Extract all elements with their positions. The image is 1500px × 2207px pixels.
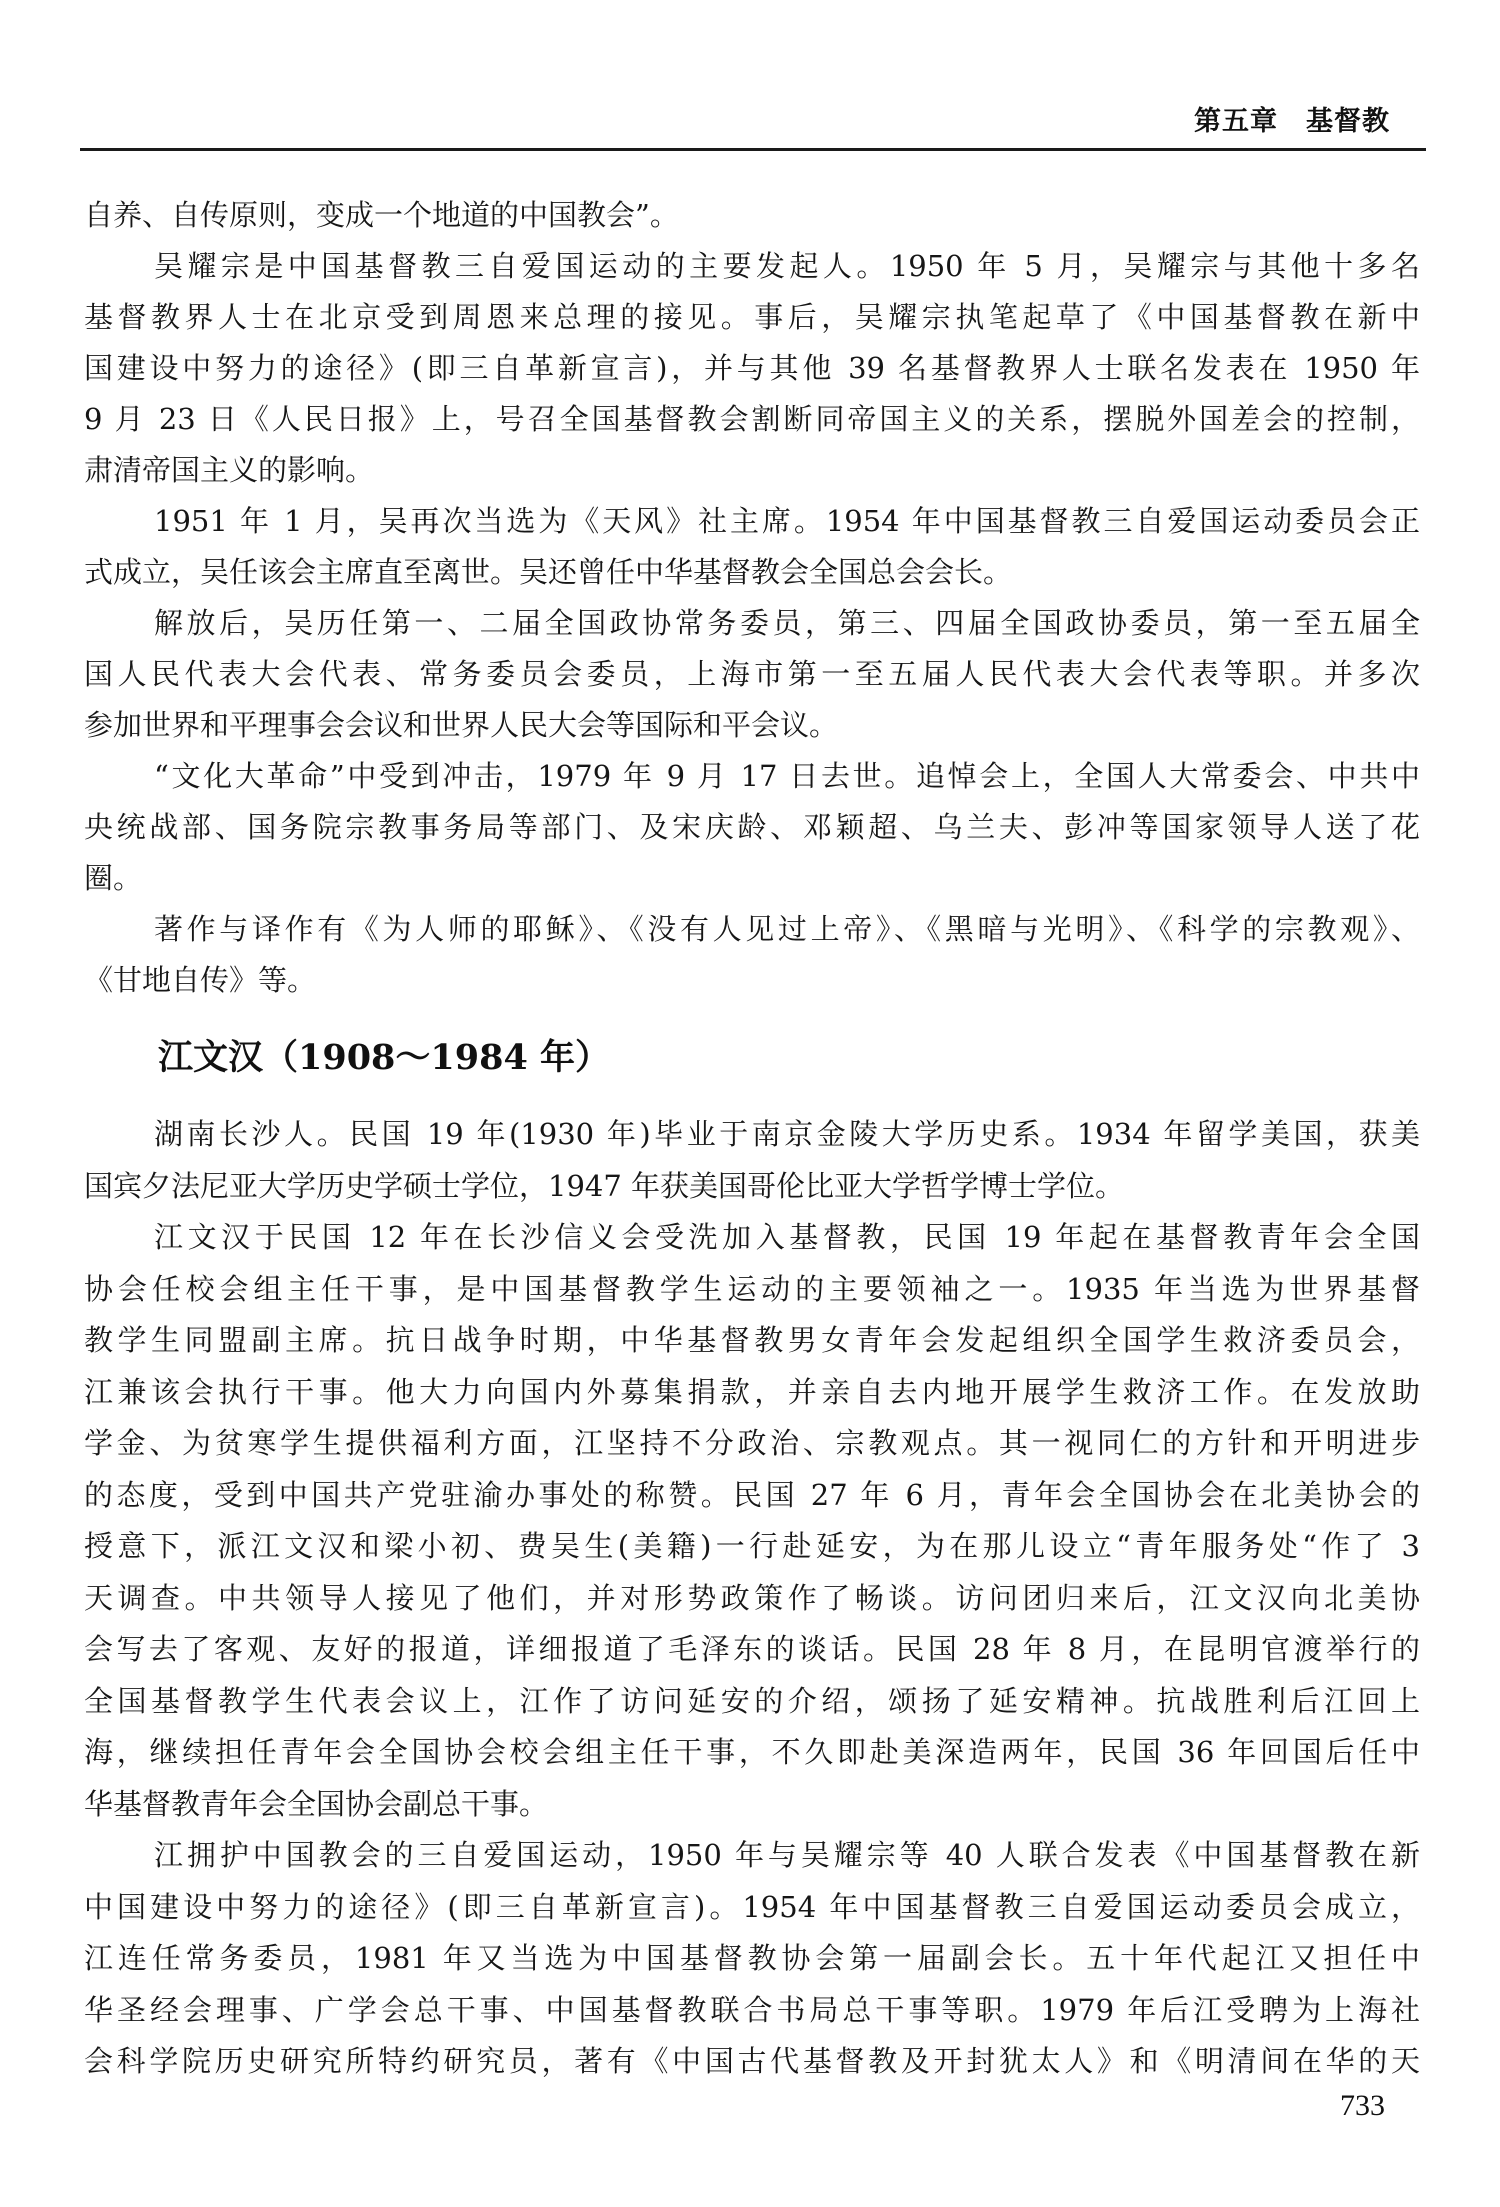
text-line: 圈。	[84, 853, 1420, 904]
text-line: 国建设中努力的途径》(即三自革新宣言)，并与其他 39 名基督教界人士联名发表在…	[84, 343, 1420, 394]
text-line: 全国基督教学生代表会议上，江作了访问延安的介绍，颂扬了延安精神。抗战胜利后江回上	[84, 1676, 1420, 1727]
text-line: 吴耀宗是中国基督教三自爱国运动的主要发起人。1950 年 5 月，吴耀宗与其他十…	[154, 241, 1420, 292]
text-line: 海，继续担任青年会全国协会校会组主任干事，不久即赴美深造两年，民国 36 年回国…	[84, 1727, 1420, 1778]
text-line: 湖南长沙人。民国 19 年(1930 年)毕业于南京金陵大学历史系。1934 年…	[154, 1109, 1420, 1160]
text-line: 江拥护中国教会的三自爱国运动，1950 年与吴耀宗等 40 人联合发表《中国基督…	[154, 1830, 1420, 1881]
text-line: 中国建设中努力的途径》(即三自革新宣言)。1954 年中国基督教三自爱国运动委员…	[84, 1882, 1420, 1933]
text-line: 式成立，吴任该会主席直至离世。吴还曾任中华基督教会全国总会会长。	[84, 547, 1420, 598]
text-line: 教学生同盟副主席。抗日战争时期，中华基督教男女青年会发起组织全国学生救济委员会，	[84, 1315, 1420, 1366]
text-line: 会写去了客观、友好的报道，详细报道了毛泽东的谈话。民国 28 年 8 月，在昆明…	[84, 1624, 1420, 1675]
text-line: 授意下，派江文汉和梁小初、费吴生(美籍)一行赴延安，为在那儿设立“青年服务处“作…	[84, 1521, 1420, 1572]
text-line: “文化大革命”中受到冲击，1979 年 9 月 17 日去世。追悼会上，全国人大…	[154, 751, 1420, 802]
header-rule	[80, 148, 1426, 151]
text-line: 9 月 23 日《人民日报》上，号召全国基督教会割断同帝国主义的关系，摆脱外国差…	[84, 394, 1420, 445]
text-line: 自养、自传原则，变成一个地道的中国教会”。	[84, 190, 1420, 241]
text-line: 基督教界人士在北京受到周恩来总理的接见。事后，吴耀宗执笔起草了《中国基督教在新中	[84, 292, 1420, 343]
text-line: 1951 年 1 月，吴再次当选为《天风》社主席。1954 年中国基督教三自爱国…	[154, 496, 1420, 547]
page-number: 733	[1340, 2088, 1385, 2124]
text-line: 国人民代表大会代表、常务委员会委员，上海市第一至五届人民代表大会代表等职。并多次	[84, 649, 1420, 700]
text-line: 江兼该会执行干事。他大力向国内外募集捐款，并亲自去内地开展学生救济工作。在发放助	[84, 1367, 1420, 1418]
text-line: 的态度，受到中国共产党驻渝办事处的称赞。民国 27 年 6 月，青年会全国协会在…	[84, 1470, 1420, 1521]
text-line: 会科学院历史研究所特约研究员，著有《中国古代基督教及开封犹太人》和《明清间在华的…	[84, 2036, 1420, 2087]
section-heading-jiang-wenhan: 江文汉（1908～1984 年）	[158, 1035, 610, 1081]
text-line: 华基督教青年会全国协会副总干事。	[84, 1779, 1420, 1830]
text-line: 天调查。中共领导人接见了他们，并对形势政策作了畅谈。访问团归来后，江文汉向北美协	[84, 1573, 1420, 1624]
text-line: 学金、为贫寒学生提供福利方面，江坚持不分政治、宗教观点。其一视同仁的方针和开明进…	[84, 1418, 1420, 1469]
text-line: 央统战部、国务院宗教事务局等部门、及宋庆龄、邓颖超、乌兰夫、彭冲等国家领导人送了…	[84, 802, 1420, 853]
text-line: 国宾夕法尼亚大学历史学硕士学位，1947 年获美国哥伦比亚大学哲学博士学位。	[84, 1161, 1420, 1212]
book-page: 第五章 基督教 自养、自传原则，变成一个地道的中国教会”。 吴耀宗是中国基督教三…	[0, 0, 1500, 2207]
text-line: 参加世界和平理事会会议和世界人民大会等国际和平会议。	[84, 700, 1420, 751]
text-line: 华圣经会理事、广学会总干事、中国基督教联合书局总干事等职。1979 年后江受聘为…	[84, 1985, 1420, 2036]
text-line: 解放后，吴历任第一、二届全国政协常务委员，第三、四届全国政协委员，第一至五届全	[154, 598, 1420, 649]
running-header: 第五章 基督教	[1194, 104, 1390, 140]
text-line: 协会任校会组主任干事，是中国基督教学生运动的主要领袖之一。1935 年当选为世界…	[84, 1264, 1420, 1315]
text-line: 《甘地自传》等。	[84, 955, 1420, 1006]
text-line: 著作与译作有《为人师的耶稣》、《没有人见过上帝》、《黑暗与光明》、《科学的宗教观…	[154, 904, 1420, 955]
text-line: 江文汉于民国 12 年在长沙信义会受洗加入基督教，民国 19 年起在基督教青年会…	[154, 1212, 1420, 1263]
text-line: 肃清帝国主义的影响。	[84, 445, 1420, 496]
text-line: 江连任常务委员，1981 年又当选为中国基督教协会第一届副会长。五十年代起江又担…	[84, 1933, 1420, 1984]
